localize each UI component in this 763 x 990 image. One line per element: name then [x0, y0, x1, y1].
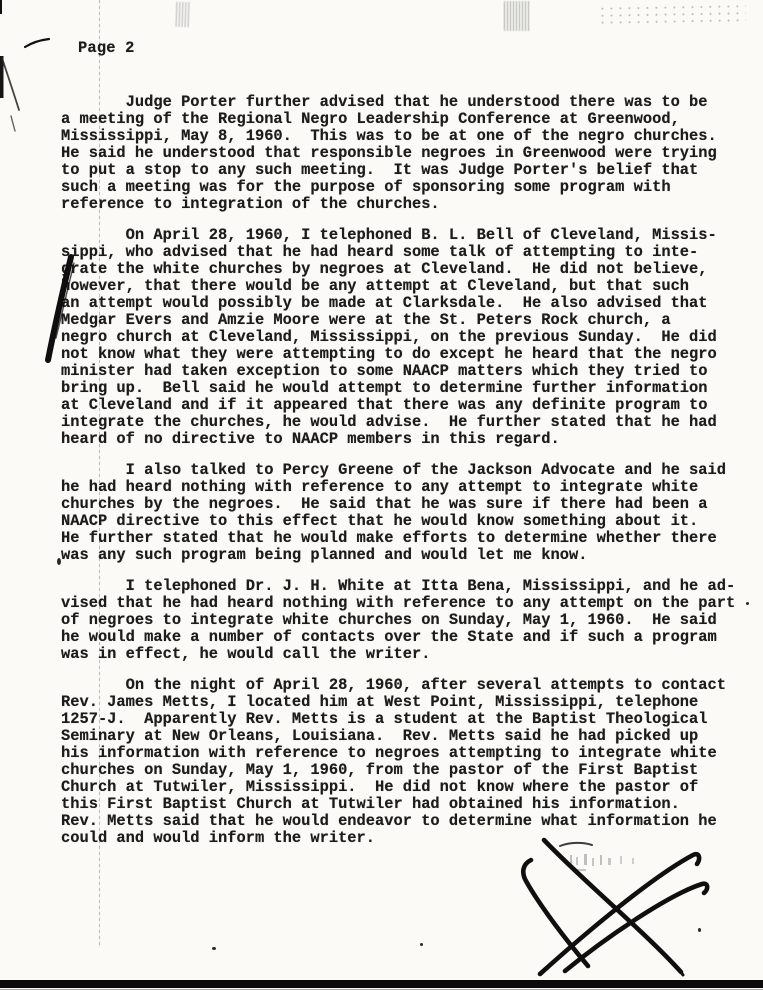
paragraph-percy-greene: I also talked to Percy Greene of the Jac…	[61, 462, 761, 564]
scan-smudge	[176, 2, 191, 27]
x-stroke-backslash-short	[523, 860, 588, 966]
x-stroke-tip	[676, 966, 683, 975]
paragraph-bell-cleveland: On April 28, 1960, I telephoned B. L. Be…	[61, 227, 761, 448]
corner-scratch-mark	[11, 116, 15, 131]
ink-speck	[212, 947, 216, 950]
paragraph-rev-metts: On the night of April 28, 1960, after se…	[61, 677, 761, 847]
document-body: Judge Porter further advised that he und…	[61, 94, 761, 861]
document-page: Page 2 Judge Porter further advised that…	[0, 0, 763, 990]
paragraph-dr-white: I telephoned Dr. J. H. White at Itta Ben…	[61, 578, 761, 663]
corner-scratch-mark	[2, 58, 19, 110]
scan-speckles	[598, 3, 746, 28]
scan-bottom-bar	[0, 980, 763, 988]
paragraph-judge-porter: Judge Porter further advised that he und…	[61, 94, 761, 213]
page-number-label: Page 2	[78, 39, 135, 57]
x-stroke-slash-long	[540, 854, 699, 974]
scan-smudge	[504, 1, 531, 31]
ink-speck	[420, 943, 423, 946]
edge-streak	[0, 0, 2, 14]
ink-speck	[698, 928, 701, 932]
edge-streak	[0, 56, 4, 98]
x-stroke-slash-short	[565, 884, 707, 971]
pen-dash-by-page-number-icon	[25, 39, 49, 47]
